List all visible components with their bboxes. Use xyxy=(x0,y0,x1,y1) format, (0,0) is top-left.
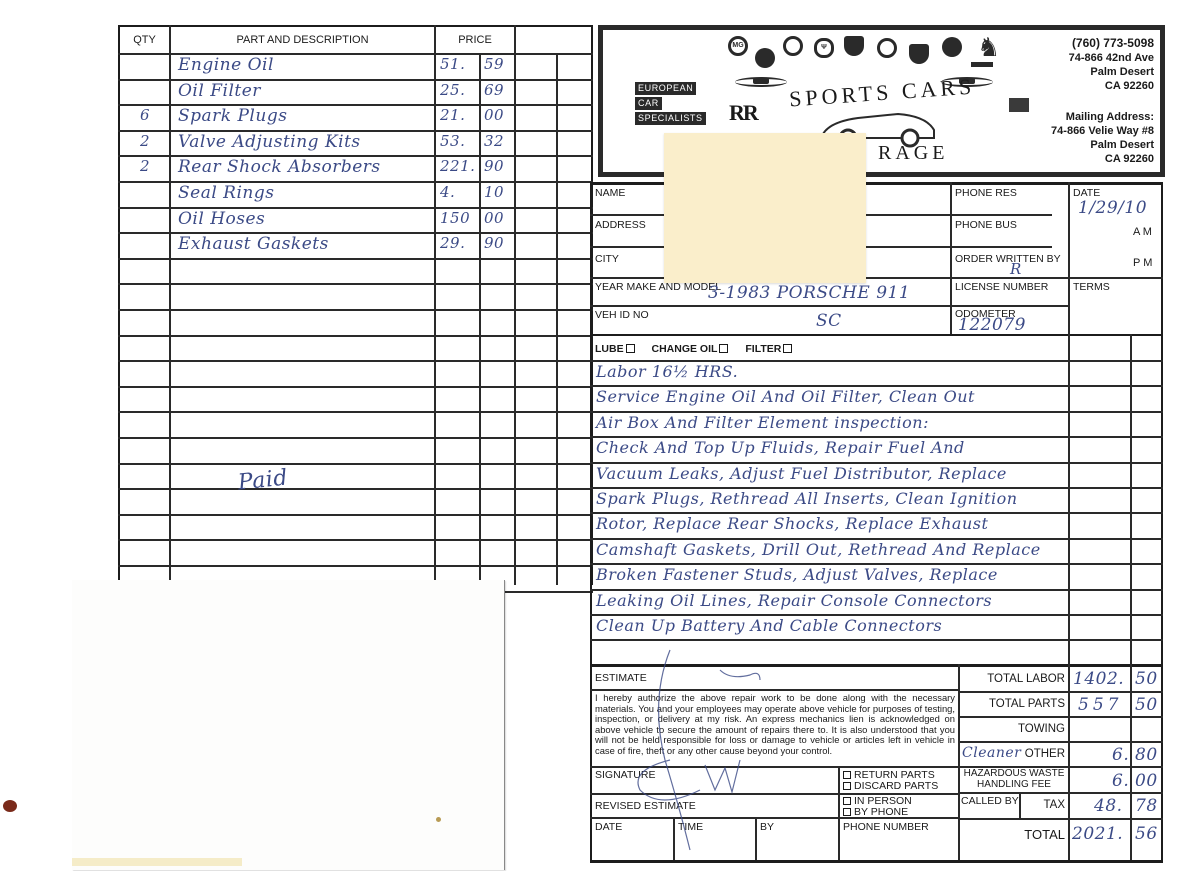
shop-address-line-3: CA 92260 xyxy=(1105,79,1154,93)
parts-row-line xyxy=(118,309,593,311)
called-by-label: CALLED BY xyxy=(961,796,1019,807)
paper-edge-strip xyxy=(72,858,242,866)
bmw-emblem-icon xyxy=(755,48,775,68)
hazardous-cents: 00 xyxy=(1135,773,1158,790)
parts-description: Valve Adjusting Kits xyxy=(178,134,361,151)
triumph-emblem-icon xyxy=(783,36,803,56)
parts-row-line xyxy=(118,411,593,413)
change-oil-checkbox[interactable] xyxy=(719,344,728,353)
parts-description: Seal Rings xyxy=(178,185,274,202)
hazardous-label-2: HANDLING FEE xyxy=(960,780,1068,790)
ferrari-horse-icon: ♞ xyxy=(977,32,1000,63)
parts-description: Rear Shock Absorbers xyxy=(178,159,381,176)
parts-qty: 2 xyxy=(140,159,150,174)
date-label: DATE xyxy=(1073,188,1100,199)
parts-row-line xyxy=(118,437,593,439)
date-value: 1/29/10 xyxy=(1078,200,1147,217)
order-written-by-value: R xyxy=(1010,262,1022,277)
service-line: Spark Plugs, Rethread All Inserts, Clean… xyxy=(596,491,1018,507)
parts-row-line xyxy=(118,283,593,285)
shop-address-line-1: 74-866 42nd Ave xyxy=(1069,51,1154,65)
change-oil-label: CHANGE OIL xyxy=(652,343,718,355)
odometer-value: 122079 xyxy=(958,317,1026,334)
filter-checkbox[interactable] xyxy=(783,344,792,353)
by-phone-option[interactable]: BY PHONE xyxy=(843,807,908,818)
mailing-line-1: 74-866 Velie Way #8 xyxy=(1051,124,1154,138)
stain-dot xyxy=(436,817,441,822)
parts-description: Oil Filter xyxy=(178,83,261,100)
parts-row-line xyxy=(118,335,593,337)
parts-choice-divider xyxy=(838,766,840,862)
table-border-left xyxy=(118,25,120,585)
service-line: Labor 16½ HRS. xyxy=(596,364,738,380)
total-labor-cents: 50 xyxy=(1135,671,1158,688)
row-line-vehid xyxy=(590,334,1163,336)
date-col-divider xyxy=(1068,182,1070,334)
year-make-model-value: 3-1983 PORSCHE 911 xyxy=(708,285,910,302)
aston-martin-wings-icon xyxy=(735,77,787,87)
service-line: Broken Fastener Studs, Adjust Valves, Re… xyxy=(596,567,998,583)
parts-price-dollars: 221. xyxy=(440,159,475,174)
tax-label: TAX xyxy=(1022,800,1065,812)
parts-row-line xyxy=(118,360,593,362)
totals-line-6 xyxy=(958,818,1163,820)
other-note: Cleaner xyxy=(962,746,1021,760)
total-parts-cents: 50 xyxy=(1135,697,1158,714)
col-divider-desc xyxy=(434,25,436,585)
service-line: Service Engine Oil And Oil Filter, Clean… xyxy=(596,389,975,405)
col-divider-cents xyxy=(479,53,481,585)
sticky-note xyxy=(664,133,866,283)
col-divider-qty xyxy=(169,25,171,585)
volvo-emblem-icon xyxy=(1009,98,1029,112)
totals-line-1 xyxy=(958,691,1163,693)
address-label: ADDRESS xyxy=(595,220,646,231)
parts-row-line xyxy=(118,463,593,465)
total-cents: 56 xyxy=(1135,826,1158,843)
parts-price-cents: 90 xyxy=(484,159,504,174)
tax-cents: 78 xyxy=(1135,798,1158,815)
parts-row-line xyxy=(118,386,593,388)
service-line: Air Box And Filter Element inspection: xyxy=(596,415,929,431)
row-line-year xyxy=(590,305,1070,307)
am-label: A M xyxy=(1133,227,1152,238)
in-person-option[interactable]: IN PERSON xyxy=(843,796,912,807)
parts-description: Exhaust Gaskets xyxy=(178,236,329,253)
parts-price-dollars: 51. xyxy=(440,57,465,72)
parts-row-line xyxy=(118,539,593,541)
jaguar-emblem-icon xyxy=(909,44,929,64)
rr-mark: RR xyxy=(729,100,757,126)
parts-price-dollars: 29. xyxy=(440,236,465,251)
parts-price-cents: 00 xyxy=(484,108,504,123)
parts-price-dollars: 53. xyxy=(440,134,465,149)
parts-description: Oil Hoses xyxy=(178,211,265,228)
paid-annotation: Paid xyxy=(237,467,289,494)
service-line: Vacuum Leaks, Adjust Fuel Distributor, R… xyxy=(596,466,1007,482)
parts-row-line xyxy=(118,514,593,516)
total-parts-label: TOTAL PARTS xyxy=(960,699,1065,711)
city-label: CITY xyxy=(595,254,619,265)
customer-signature xyxy=(610,640,770,870)
overlapping-paper xyxy=(72,580,505,870)
parts-qty: 2 xyxy=(140,134,150,149)
parts-description: Spark Plugs xyxy=(178,108,287,125)
parts-qty: 6 xyxy=(140,108,150,123)
lotus-emblem-icon xyxy=(877,38,897,58)
lube-checkbox[interactable] xyxy=(626,344,635,353)
shop-address-line-2: Palm Desert xyxy=(1090,65,1154,79)
ferrari-bar xyxy=(971,62,993,67)
total-labor-dollars: 1402. xyxy=(1073,671,1124,688)
alfa-emblem-icon xyxy=(942,37,962,57)
total-label: TOTAL xyxy=(960,828,1065,841)
mailing-line-2: Palm Desert xyxy=(1090,138,1154,152)
parts-price-dollars: 4. xyxy=(440,185,455,200)
phone-number-label: PHONE NUMBER xyxy=(843,822,929,833)
porsche-emblem-icon xyxy=(844,36,864,56)
totals-line-3 xyxy=(958,741,1163,743)
header-description: PART AND DESCRIPTION xyxy=(171,35,434,46)
return-parts-checkbox[interactable] xyxy=(843,771,851,779)
parts-price-cents: 10 xyxy=(484,185,504,200)
year-make-model-label: YEAR MAKE AND MODEL xyxy=(595,282,721,293)
service-line: Leaking Oil Lines, Repair Console Connec… xyxy=(596,593,992,609)
name-label: NAME xyxy=(595,188,625,199)
maserati-emblem-icon: Ψ xyxy=(814,38,834,58)
parts-row-line xyxy=(118,258,593,260)
terms-label: TERMS xyxy=(1073,282,1110,293)
totals-col-divider xyxy=(1068,664,1070,862)
parts-price-cents: 59 xyxy=(484,57,504,72)
service-line: Camshaft Gaskets, Drill Out, Rethread An… xyxy=(596,542,1041,558)
hazardous-dollars: 6. xyxy=(1112,773,1129,790)
total-parts-dollars: 557 xyxy=(1078,697,1122,714)
col-divider-extra xyxy=(556,53,558,585)
parts-price-cents: 00 xyxy=(484,211,504,226)
order-written-by-label: ORDER WRITTEN BY xyxy=(955,254,1061,265)
header-qty: QTY xyxy=(120,35,169,46)
lube-label: LUBE xyxy=(595,343,624,355)
right-form-border-left xyxy=(590,182,592,862)
total-labor-label: TOTAL LABOR xyxy=(960,674,1065,686)
service-line: Clean Up Battery And Cable Connectors xyxy=(596,618,942,634)
veh-id-label: VEH ID NO xyxy=(595,310,649,321)
parts-price-dollars: 21. xyxy=(440,108,465,123)
right-form-border-right xyxy=(1161,182,1163,862)
shop-name-top: SPORTS CARS xyxy=(788,74,976,113)
towing-label: TOWING xyxy=(960,724,1065,736)
tag-european: EUROPEAN xyxy=(635,82,696,95)
table-border-top xyxy=(118,25,593,27)
discard-parts-label: DISCARD PARTS xyxy=(854,780,938,792)
parts-price-cents: 32 xyxy=(484,134,504,149)
parts-row-line xyxy=(118,488,593,490)
mg-emblem-icon: MG xyxy=(728,36,748,56)
parts-price-cents: 69 xyxy=(484,83,504,98)
totals-cents-divider xyxy=(1130,664,1132,862)
header-price: PRICE xyxy=(436,35,514,46)
phone-bus-label: PHONE BUS xyxy=(955,220,1017,231)
parts-row-line xyxy=(118,565,593,567)
col-divider-price xyxy=(514,25,516,585)
by-phone-label: BY PHONE xyxy=(854,806,908,818)
service-line: Check And Top Up Fluids, Repair Fuel And xyxy=(596,440,965,456)
mailing-line-3: CA 92260 xyxy=(1105,152,1154,166)
veh-id-value: SC xyxy=(816,313,842,330)
by-phone-checkbox[interactable] xyxy=(843,808,851,816)
parts-price-cents: 90 xyxy=(484,236,504,251)
tax-dollars: 48. xyxy=(1094,798,1123,815)
in-person-checkbox[interactable] xyxy=(843,797,851,805)
totals-line-2 xyxy=(958,716,1163,718)
phone-res-label: PHONE RES xyxy=(955,188,1017,199)
pm-label: P M xyxy=(1133,258,1152,269)
total-dollars: 2021. xyxy=(1072,826,1123,843)
shop-phone: (760) 773-5098 xyxy=(1072,36,1154,50)
hazardous-label-1: HAZARDOUS WASTE xyxy=(960,769,1068,779)
parts-price-dollars: 25. xyxy=(440,83,465,98)
mailing-label: Mailing Address: xyxy=(1066,110,1154,124)
discard-parts-checkbox[interactable] xyxy=(843,782,851,790)
filter-label: FILTER xyxy=(745,343,781,355)
other-cents: 80 xyxy=(1135,747,1158,764)
stain-mark xyxy=(3,800,17,812)
return-parts-option[interactable]: RETURN PARTS xyxy=(843,770,935,781)
parts-description: Engine Oil xyxy=(178,57,274,74)
tag-car: CAR xyxy=(635,97,662,110)
other-dollars: 6. xyxy=(1112,747,1129,764)
discard-parts-option[interactable]: DISCARD PARTS xyxy=(843,781,938,792)
parts-price-dollars: 150 xyxy=(440,211,470,226)
totals-line-5 xyxy=(958,792,1163,794)
tag-specialists: SPECIALISTS xyxy=(635,112,706,125)
called-by-divider xyxy=(1019,792,1021,818)
service-line: Rotor, Replace Rear Shocks, Replace Exha… xyxy=(596,516,988,532)
customer-col-divider xyxy=(950,182,952,334)
license-label: LICENSE NUMBER xyxy=(955,282,1048,293)
service-checkboxes: LUBE CHANGE OIL FILTER xyxy=(595,344,792,355)
